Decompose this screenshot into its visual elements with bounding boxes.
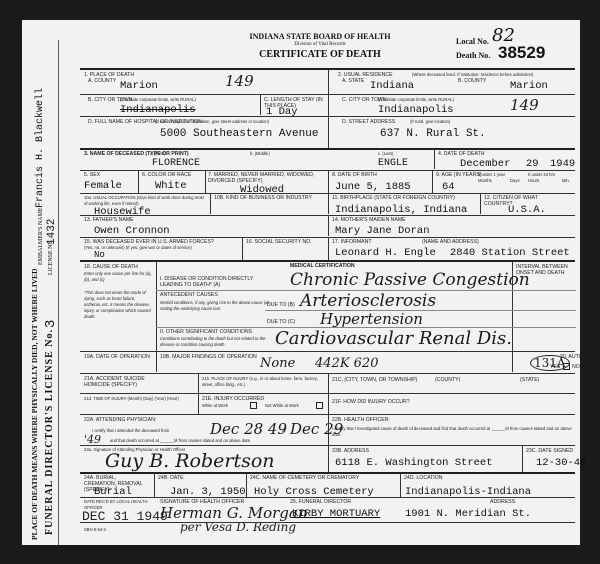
- autopsy-yes-label: Yes: [550, 364, 560, 370]
- form-body: INDIANA STATE BOARD OF HEALTH Division o…: [60, 20, 580, 545]
- dod-month: December: [460, 158, 510, 170]
- certify-text-2: and that death occurred at ______M from …: [110, 438, 251, 444]
- how-label: 21f. HOW DID INJURY OCCUR?: [332, 399, 410, 405]
- accident-label: 21a. ACCIDENT SUICIDE HOMICIDE (Specify): [84, 376, 154, 388]
- injury-time-label: 21d. TIME OF INJURY (Month) (Day) (Year)…: [84, 396, 194, 402]
- color-label: 6. COLOR OR RACE: [142, 172, 191, 178]
- cell-divider: [480, 194, 481, 214]
- dod-label: 4. DATE OF DEATH: [438, 151, 485, 157]
- physician-label: 22a. ATTENDING PHYSICIAN:: [84, 417, 156, 423]
- op-findings: None: [260, 356, 295, 371]
- armed-forces: No: [94, 250, 105, 260]
- father-name: Owen Cronnon: [94, 225, 170, 237]
- father-label: 13. FATHER'S NAME: [84, 217, 134, 223]
- row-rule: [80, 522, 575, 523]
- res-city-code: 149: [510, 96, 539, 114]
- death-certificate: PLACE OF DEATH MEANS WHERE PHYSICALLY DI…: [22, 20, 580, 545]
- cell-divider: [246, 473, 247, 497]
- embalmer-label: EMBALMER'S NAME: [38, 207, 44, 265]
- antecedent-label: ANTECEDENT CAUSES: [160, 292, 218, 298]
- cell-divider: [328, 171, 329, 193]
- cell-divider: [210, 194, 211, 214]
- mother-label: 14. MOTHER'S MAIDEN NAME: [332, 217, 406, 223]
- autopsy-label: 20. AUTOPSY?: [560, 354, 596, 360]
- fd-address: 1901 N. Meridian St.: [405, 508, 531, 520]
- cell-divider: [260, 95, 261, 115]
- date-signed-label: 23c. DATE SIGNED: [526, 448, 573, 454]
- row-rule: [80, 260, 575, 262]
- cell-divider: [242, 238, 243, 260]
- autopsy-yes-checkbox[interactable]: [563, 363, 570, 370]
- cell-divider: [328, 238, 329, 260]
- ssn-label: 16. SOCIAL SECURITY No.: [246, 239, 312, 245]
- county-label: a. COUNTY: [88, 78, 116, 84]
- cell-divider: [328, 446, 329, 472]
- dod-year: 1949: [550, 158, 575, 170]
- res-county: Marion: [510, 80, 548, 92]
- race: White: [155, 180, 187, 192]
- first-name: FLORENCE: [152, 158, 200, 169]
- age: 64: [442, 181, 455, 193]
- informant-hint: (NAME AND ADDRESS): [422, 239, 479, 245]
- due-b-label: DUE TO (b): [267, 302, 295, 308]
- margin-divider: [58, 40, 59, 545]
- cause-codes: 442K 620: [315, 356, 378, 371]
- age-hours-label: If under 24 hrs Hours: [528, 172, 558, 184]
- health-officer-label: 22b. HEALTH OFFICER:: [332, 417, 390, 423]
- city-hint: (If outside corporate limits, write RURA…: [120, 97, 196, 103]
- res-county-label: b. COUNTY: [458, 78, 486, 84]
- informant-label: 17. INFORMANT: [332, 239, 372, 245]
- fd-address-label: ADDRESS: [490, 499, 515, 505]
- embalmer-name: Francis H. Blackwell: [35, 88, 46, 208]
- death-county: Marion: [120, 80, 158, 92]
- cell-divider: [434, 149, 435, 169]
- while-work-label: While at Work: [202, 403, 228, 409]
- death-no-label: Death No.: [456, 51, 490, 60]
- injury-city-label: 21c. (CITY, TOWN, OR TOWNSHIP): [332, 377, 417, 383]
- middle-label: b. (Middle): [250, 151, 270, 157]
- antecedent-hint: Morbid conditions, if any, giving rise t…: [160, 300, 270, 312]
- attended-from: Dec 28 49: [210, 420, 287, 438]
- address-label: 23b. ADDRESS: [332, 448, 369, 454]
- burial-date-label: 24b. DATE: [158, 475, 184, 481]
- name-label: 3. NAME OF DECEASED (Type or Print): [84, 151, 189, 157]
- cell-divider: [400, 473, 401, 497]
- line-ii-label: II. OTHER SIGNIFICANT CONDITIONS: [160, 329, 252, 335]
- certify-text: I certify that I attended the deceased f…: [92, 428, 169, 434]
- cell-divider: [512, 352, 513, 372]
- cause-hint: Enter only one cause per line for (a), (…: [84, 271, 152, 283]
- age-months-label: If under 1 year Months: [478, 172, 506, 184]
- physician-signature: Guy B. Robertson: [105, 450, 275, 472]
- cause-a: Chronic Passive Congestion: [290, 270, 530, 290]
- hospital-hint: (If not in hospital or institution, give…: [155, 119, 269, 125]
- injury-place-label: 21b. PLACE OF INJURY (e.g., in or about …: [202, 376, 322, 388]
- column-divider: [328, 70, 329, 150]
- to-label: to: [282, 428, 286, 434]
- fd-license: 3: [43, 320, 59, 328]
- res-city-hint: (If outside corporate limits, write RURA…: [378, 97, 454, 103]
- cell-divider: [138, 171, 139, 193]
- age-days-label: Days: [510, 178, 520, 184]
- cell-divider: [328, 194, 329, 214]
- cell-divider: [156, 352, 157, 372]
- not-while-work-label: Not While at Work: [265, 403, 299, 409]
- cell-divider: [328, 374, 329, 414]
- informant-name: Leonard H. Engle: [335, 247, 436, 259]
- autopsy-no-label: No: [572, 364, 580, 370]
- fd-label: 25. FUNERAL DIRECTOR: [290, 499, 351, 505]
- date-of-birth: June 5, 1885: [335, 181, 411, 193]
- due-c-label: DUE TO (c): [267, 319, 295, 325]
- death-no: 38529: [498, 43, 545, 63]
- row-rule: [80, 393, 575, 394]
- cause-note: *This does not mean the mode of dying, s…: [84, 290, 152, 320]
- hospital: 5000 Southeastern Avenue: [160, 128, 318, 140]
- cause-col-divider: [156, 261, 157, 351]
- street-hint: (If rural, give location): [410, 119, 450, 125]
- while-work-checkbox[interactable]: [250, 402, 257, 409]
- location-label: 24d. LOCATION: [404, 475, 443, 481]
- row-rule: [80, 116, 575, 117]
- sex-label: 5. SEX: [84, 172, 100, 178]
- sex: Female: [84, 180, 122, 192]
- informant-address: 2840 Station Street: [450, 247, 570, 259]
- cell-divider: [328, 415, 329, 445]
- last-label: c. (Last): [378, 151, 393, 157]
- line-i-label: I. DISEASE OR CONDITION DIRECTLY LEADING…: [160, 276, 270, 288]
- margin-note: PLACE OF DEATH MEANS WHERE PHYSICALLY DI…: [30, 268, 39, 540]
- cell-divider: [522, 446, 523, 472]
- op-date-label: 19a. DATE OF OPERATION: [84, 354, 152, 360]
- embalmer-license: 1432: [46, 219, 58, 245]
- death-county-code: 149: [225, 72, 254, 90]
- last-name: ENGLE: [378, 158, 408, 169]
- first-label: a. (First): [150, 151, 166, 157]
- cause-b: Arteriosclerosis: [300, 291, 436, 311]
- marital-label: 7. MARRIED, NEVER MARRIED, WIDOWED, DIVO…: [208, 172, 318, 184]
- local-no-label: Local No.: [456, 37, 489, 46]
- cause-c: Hypertension: [320, 310, 423, 328]
- age-label: 9. AGE (In years): [436, 172, 481, 178]
- mother-name: Mary Jane Doran: [335, 225, 430, 237]
- other-conditions: Cardiovascular Renal Dis.: [275, 328, 512, 349]
- embalmer-license-label: LICENSE No.: [48, 240, 54, 275]
- row-rule: [80, 94, 575, 95]
- cell-divider: [154, 473, 155, 497]
- cell-divider: [205, 171, 206, 193]
- medical-section-label: MEDICAL CERTIFICATION: [290, 263, 355, 269]
- date-signed: 12-30-49: [536, 457, 586, 469]
- death-city: Indianapolis: [120, 104, 196, 116]
- form-code: SBH 6-54-2: [84, 527, 106, 533]
- res-city: Indianapolis: [378, 104, 454, 116]
- line-ii-hint: Conditions contributing to the death but…: [160, 336, 272, 348]
- business-label: 10b. KIND OF BUSINESS OR INDUSTRY: [214, 195, 324, 201]
- dob-label: 8. DATE OF BIRTH: [332, 172, 377, 178]
- res-state-label: a. STATE: [342, 78, 364, 84]
- dod-day: 29: [526, 158, 539, 170]
- funeral-director: KIRBY MORTUARY: [292, 508, 380, 520]
- left-margin: PLACE OF DEATH MEANS WHERE PHYSICALLY DI…: [22, 20, 60, 545]
- fd-license-label: FUNERAL DIRECTOR'S LICENSE No.: [44, 329, 55, 535]
- cell-divider: [198, 374, 199, 414]
- health-officer-text: I certify that I investigated cause of d…: [332, 426, 572, 438]
- cause-label: 18. CAUSE OF DEATH: [84, 264, 138, 270]
- injury-county-label: (COUNTY): [435, 377, 460, 383]
- cemetery-label: 24c. NAME OF CEMETERY OR CREMATORY: [250, 475, 359, 481]
- row-rule: [80, 497, 575, 498]
- not-while-work-checkbox[interactable]: [316, 402, 323, 409]
- op-findings-label: 19b. MAJOR FINDINGS OF OPERATION: [160, 354, 257, 360]
- row-rule: [80, 148, 575, 150]
- res-state: Indiana: [370, 80, 414, 92]
- street-label: d. STREET ADDRESS: [342, 119, 395, 125]
- cell-divider: [328, 216, 329, 236]
- cell-divider: [432, 171, 433, 193]
- age-min-label: Min.: [562, 178, 570, 184]
- injury-state-label: (STATE): [520, 377, 539, 383]
- row-rule: [80, 351, 575, 352]
- birthplace-label: 11. BIRTHPLACE (State or foreign country…: [332, 195, 455, 201]
- res-street: 637 N. Rural St.: [380, 128, 486, 140]
- physician-address: 6118 E. Washington Street: [335, 457, 493, 469]
